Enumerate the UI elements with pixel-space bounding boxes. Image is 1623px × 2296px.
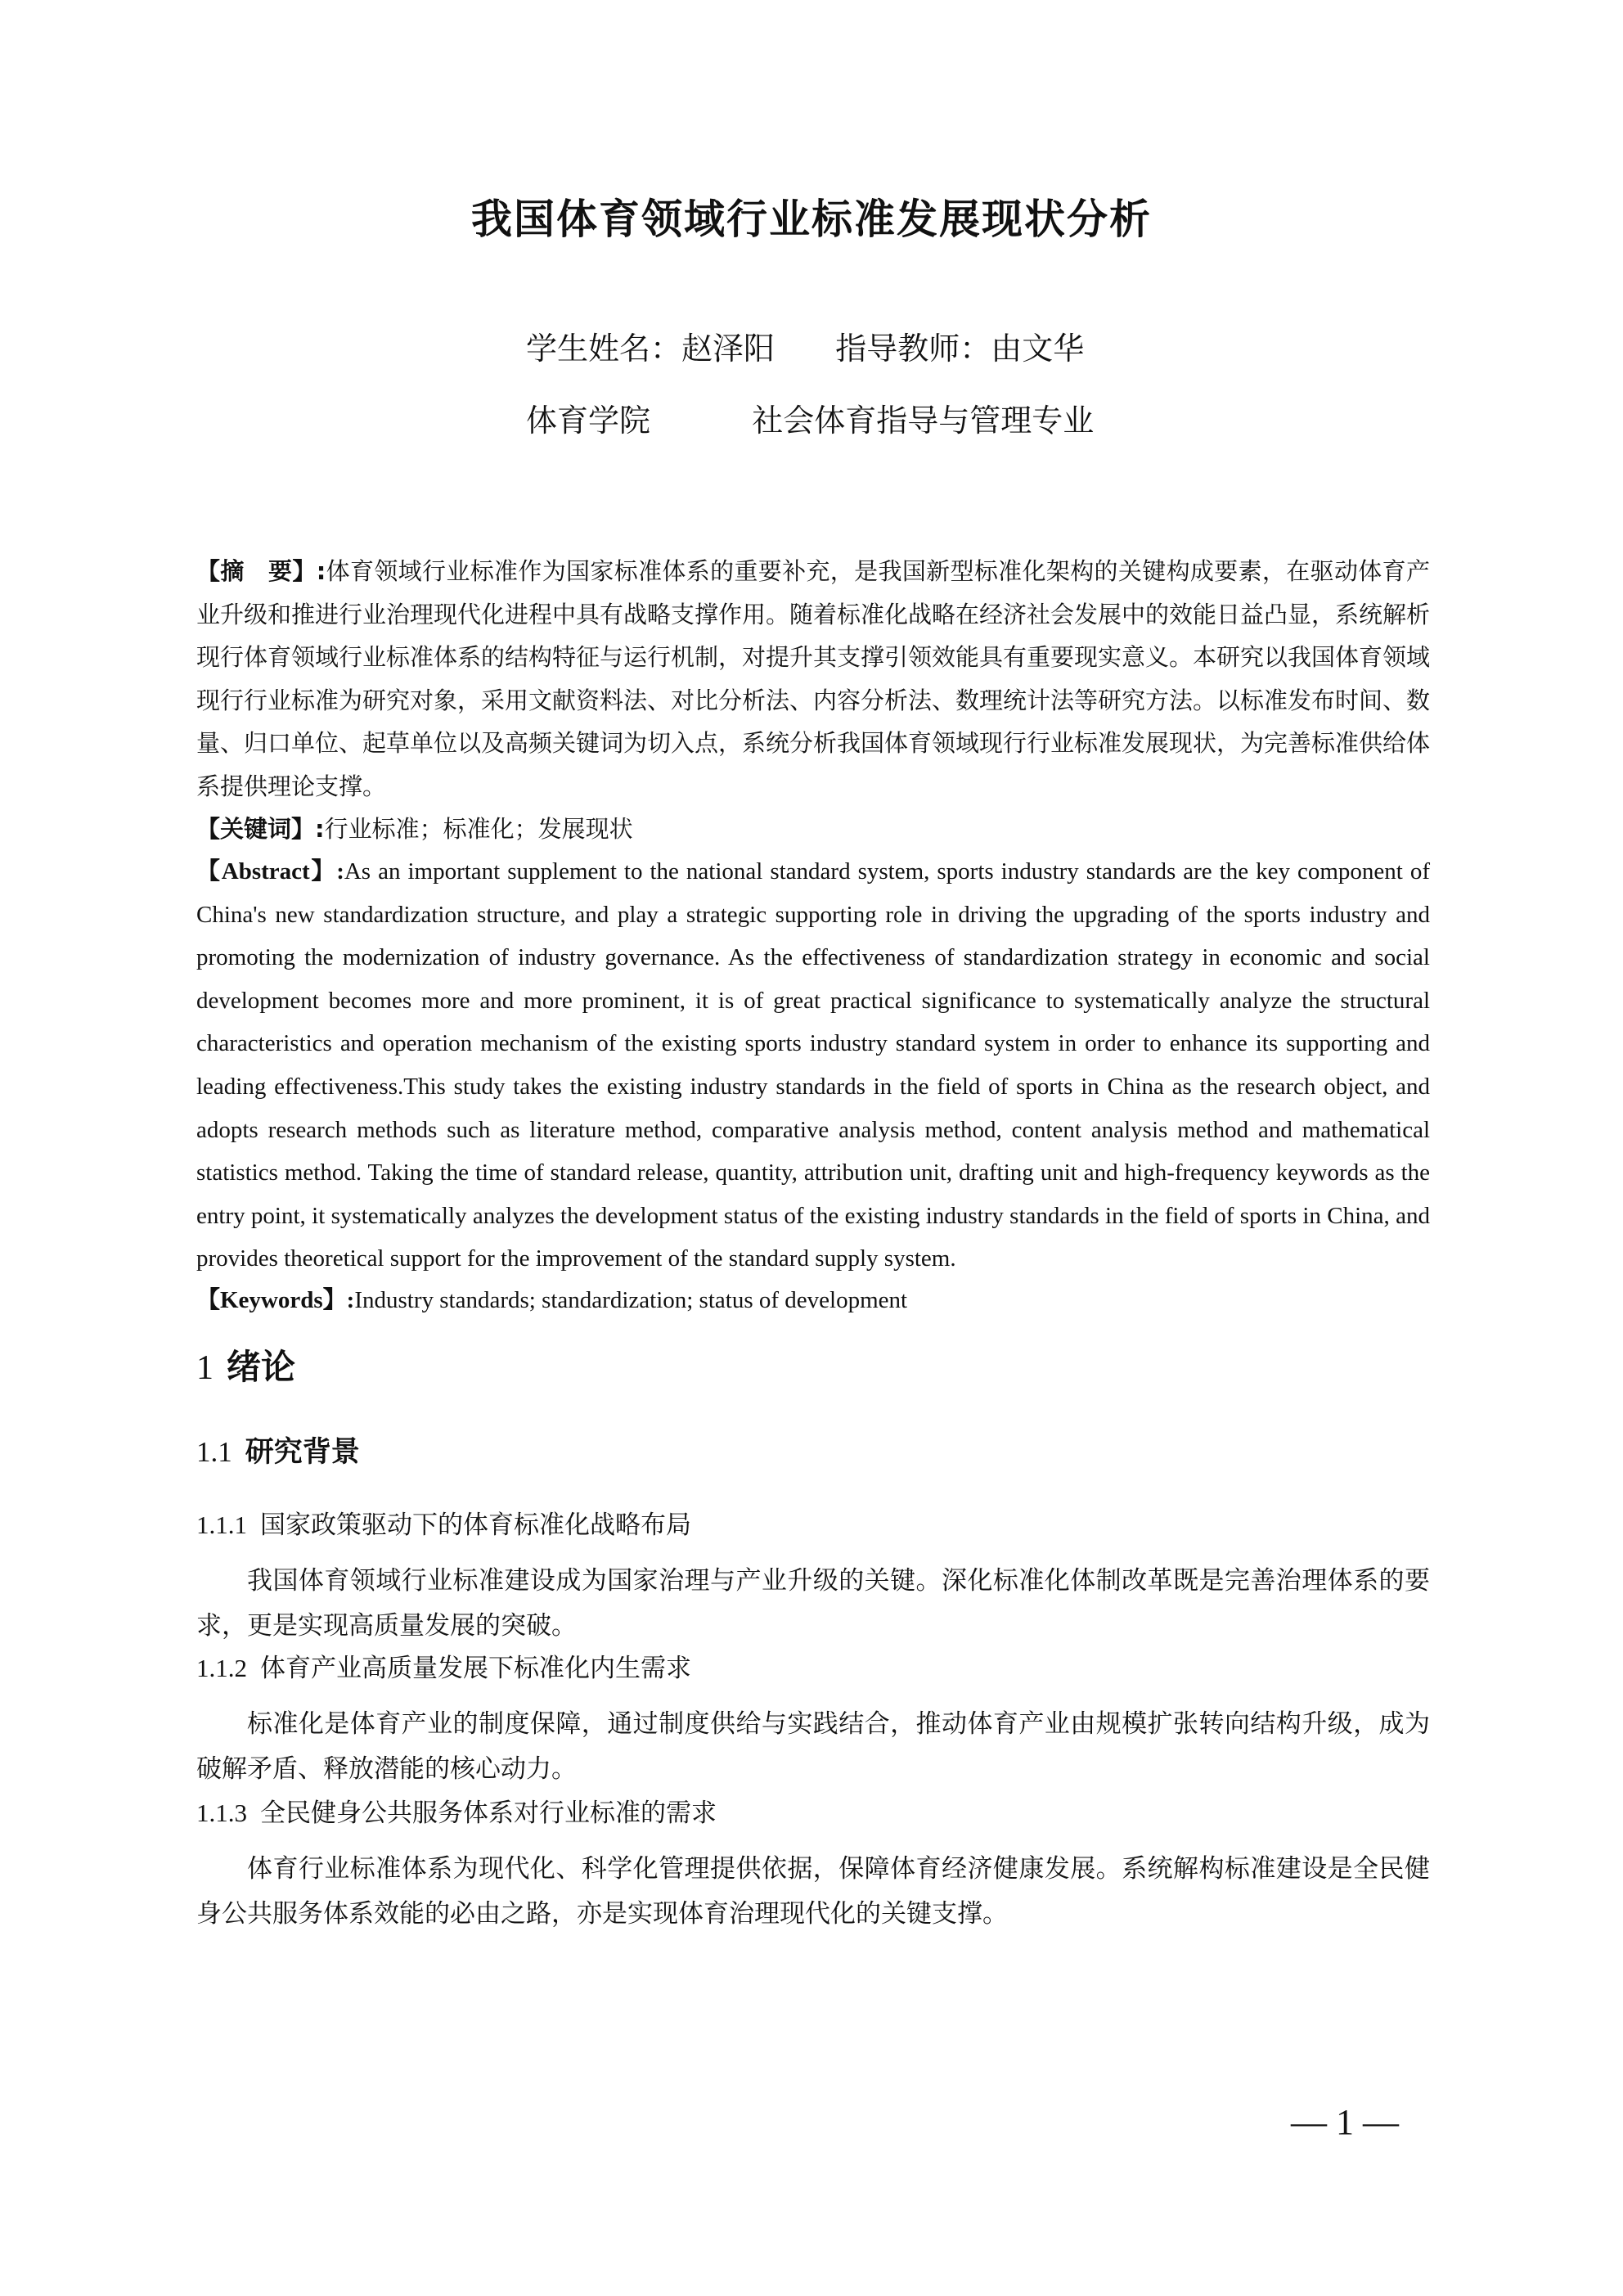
heading-title: 绪论 bbox=[227, 1347, 295, 1387]
heading-subsection-1-1-2: 1.1.2体育产业高质量发展下标准化内生需求 bbox=[196, 1647, 691, 1684]
abstract-cn-separator: : bbox=[317, 557, 326, 585]
keywords-cn-separator: : bbox=[315, 815, 325, 843]
heading-subsection-1-1-3: 1.1.3全民健身公共服务体系对行业标准的需求 bbox=[196, 1792, 717, 1829]
heading-title: 体育产业高质量发展下标准化内生需求 bbox=[260, 1654, 691, 1683]
heading-subsection-1-1-1: 1.1.1国家政策驱动下的体育标准化战略布局 bbox=[196, 1504, 691, 1541]
abstract-en: 【Abstract】:As an important supplement to… bbox=[196, 850, 1430, 1281]
heading-number: 1.1.3 bbox=[196, 1799, 247, 1827]
keywords-cn-text: 行业标准；标准化；发展现状 bbox=[325, 815, 633, 843]
heading-number: 1.1 bbox=[196, 1436, 232, 1468]
abstract-cn: 【摘 要】:体育领域行业标准作为国家标准体系的重要补充，是我国新型标准化架构的关… bbox=[196, 550, 1430, 808]
body-paragraph: 我国体育领域行业标准建设成为国家治理与产业升级的关键。深化标准化体制改革既是完善… bbox=[196, 1559, 1430, 1649]
abstract-en-separator: : bbox=[336, 858, 344, 885]
advisor-name: 由文华 bbox=[991, 323, 1084, 368]
keywords-en-text: Industry standards; standardization; sta… bbox=[354, 1287, 907, 1313]
abstract-en-text: As an important supplement to the nation… bbox=[196, 858, 1430, 1272]
heading-title: 全民健身公共服务体系对行业标准的需求 bbox=[260, 1799, 717, 1828]
keywords-cn: 【关键词】:行业标准；标准化；发展现状 bbox=[196, 808, 1430, 851]
abstract-cn-label: 【摘 要】 bbox=[196, 557, 317, 585]
author-line: 学生姓名：赵泽阳 指导教师：由文华 bbox=[526, 323, 1084, 368]
advisor-label: 指导教师： bbox=[835, 323, 991, 368]
heading-number: 1.1.1 bbox=[196, 1510, 247, 1539]
document-title: 我国体育领域行业标准发展现状分析 bbox=[0, 187, 1623, 245]
major-name: 社会体育指导与管理专业 bbox=[752, 395, 1094, 440]
page-number: — 1 — bbox=[1291, 2101, 1399, 2143]
document-page: 我国体育领域行业标准发展现状分析 学生姓名：赵泽阳 指导教师：由文华 体育学院 … bbox=[0, 0, 1623, 2296]
student-label: 学生姓名： bbox=[526, 323, 681, 368]
abstract-cn-text: 体育领域行业标准作为国家标准体系的重要补充，是我国新型标准化架构的关键构成要素，… bbox=[196, 557, 1430, 800]
heading-title: 国家政策驱动下的体育标准化战略布局 bbox=[260, 1510, 691, 1540]
keywords-cn-label: 【关键词】 bbox=[196, 815, 315, 843]
heading-number: 1.1.2 bbox=[196, 1654, 247, 1682]
keywords-en-separator: : bbox=[347, 1287, 355, 1313]
heading-number: 1 bbox=[196, 1349, 214, 1387]
body-paragraph: 体育行业标准体系为现代化、科学化管理提供依据，保障体育经济健康发展。系统解构标准… bbox=[196, 1847, 1430, 1937]
heading-chapter-1: 1绪论 bbox=[196, 1340, 295, 1389]
heading-title: 研究背景 bbox=[245, 1436, 360, 1469]
college-name: 体育学院 bbox=[526, 395, 650, 440]
keywords-en-label: 【Keywords】 bbox=[196, 1287, 347, 1313]
abstract-en-label: 【Abstract】 bbox=[196, 858, 336, 885]
body-paragraph: 标准化是体育产业的制度保障，通过制度供给与实践结合，推动体育产业由规模扩张转向结… bbox=[196, 1702, 1430, 1792]
affiliation-line: 体育学院 社会体育指导与管理专业 bbox=[526, 395, 1094, 440]
keywords-en: 【Keywords】:Industry standards; standardi… bbox=[196, 1279, 1430, 1322]
student-name: 赵泽阳 bbox=[681, 323, 775, 368]
heading-section-1-1: 1.1研究背景 bbox=[196, 1429, 360, 1470]
